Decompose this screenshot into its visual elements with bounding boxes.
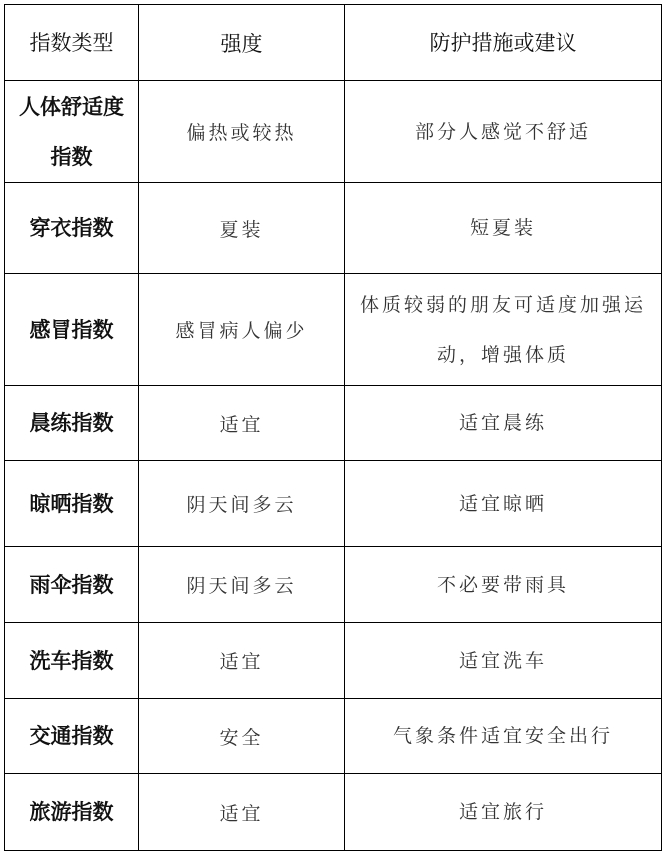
advice-cell: 短夏装 [345,183,662,274]
table-row: 晨练指数 适宜 适宜晨练 [5,386,662,461]
index-type-cell: 洗车指数 [5,623,139,699]
table-row: 雨伞指数 阴天间多云 不必要带雨具 [5,547,662,623]
index-type-cell: 晨练指数 [5,386,139,461]
table-row: 晾晒指数 阴天间多云 适宜晾晒 [5,461,662,547]
intensity-cell: 适宜 [139,774,345,851]
table-row: 感冒指数 感冒病人偏少 体质较弱的朋友可适度加强运动，增强体质 [5,274,662,386]
advice-cell: 适宜晨练 [345,386,662,461]
intensity-cell: 夏装 [139,183,345,274]
table-row: 人体舒适度指数 偏热或较热 部分人感觉不舒适 [5,81,662,183]
advice-cell: 适宜晾晒 [345,461,662,547]
index-type-cell: 雨伞指数 [5,547,139,623]
table-row: 洗车指数 适宜 适宜洗车 [5,623,662,699]
table-row: 旅游指数 适宜 适宜旅行 [5,774,662,851]
intensity-cell: 适宜 [139,623,345,699]
header-intensity: 强度 [139,5,345,81]
header-advice: 防护措施或建议 [345,5,662,81]
index-type-cell: 人体舒适度指数 [5,81,139,183]
table-row: 交通指数 安全 气象条件适宜安全出行 [5,699,662,774]
header-index-type: 指数类型 [5,5,139,81]
advice-cell: 体质较弱的朋友可适度加强运动，增强体质 [345,274,662,386]
intensity-cell: 阴天间多云 [139,461,345,547]
advice-cell: 适宜洗车 [345,623,662,699]
intensity-cell: 阴天间多云 [139,547,345,623]
weather-index-table: 指数类型 强度 防护措施或建议 人体舒适度指数 偏热或较热 部分人感觉不舒适 穿… [4,4,662,851]
intensity-cell: 感冒病人偏少 [139,274,345,386]
index-type-cell: 晾晒指数 [5,461,139,547]
intensity-cell: 适宜 [139,386,345,461]
advice-cell: 部分人感觉不舒适 [345,81,662,183]
index-type-cell: 旅游指数 [5,774,139,851]
index-type-cell: 感冒指数 [5,274,139,386]
intensity-cell: 安全 [139,699,345,774]
table-row: 穿衣指数 夏装 短夏装 [5,183,662,274]
header-row: 指数类型 强度 防护措施或建议 [5,5,662,81]
intensity-cell: 偏热或较热 [139,81,345,183]
index-type-cell: 交通指数 [5,699,139,774]
index-type-cell: 穿衣指数 [5,183,139,274]
advice-cell: 气象条件适宜安全出行 [345,699,662,774]
advice-cell: 不必要带雨具 [345,547,662,623]
advice-cell: 适宜旅行 [345,774,662,851]
